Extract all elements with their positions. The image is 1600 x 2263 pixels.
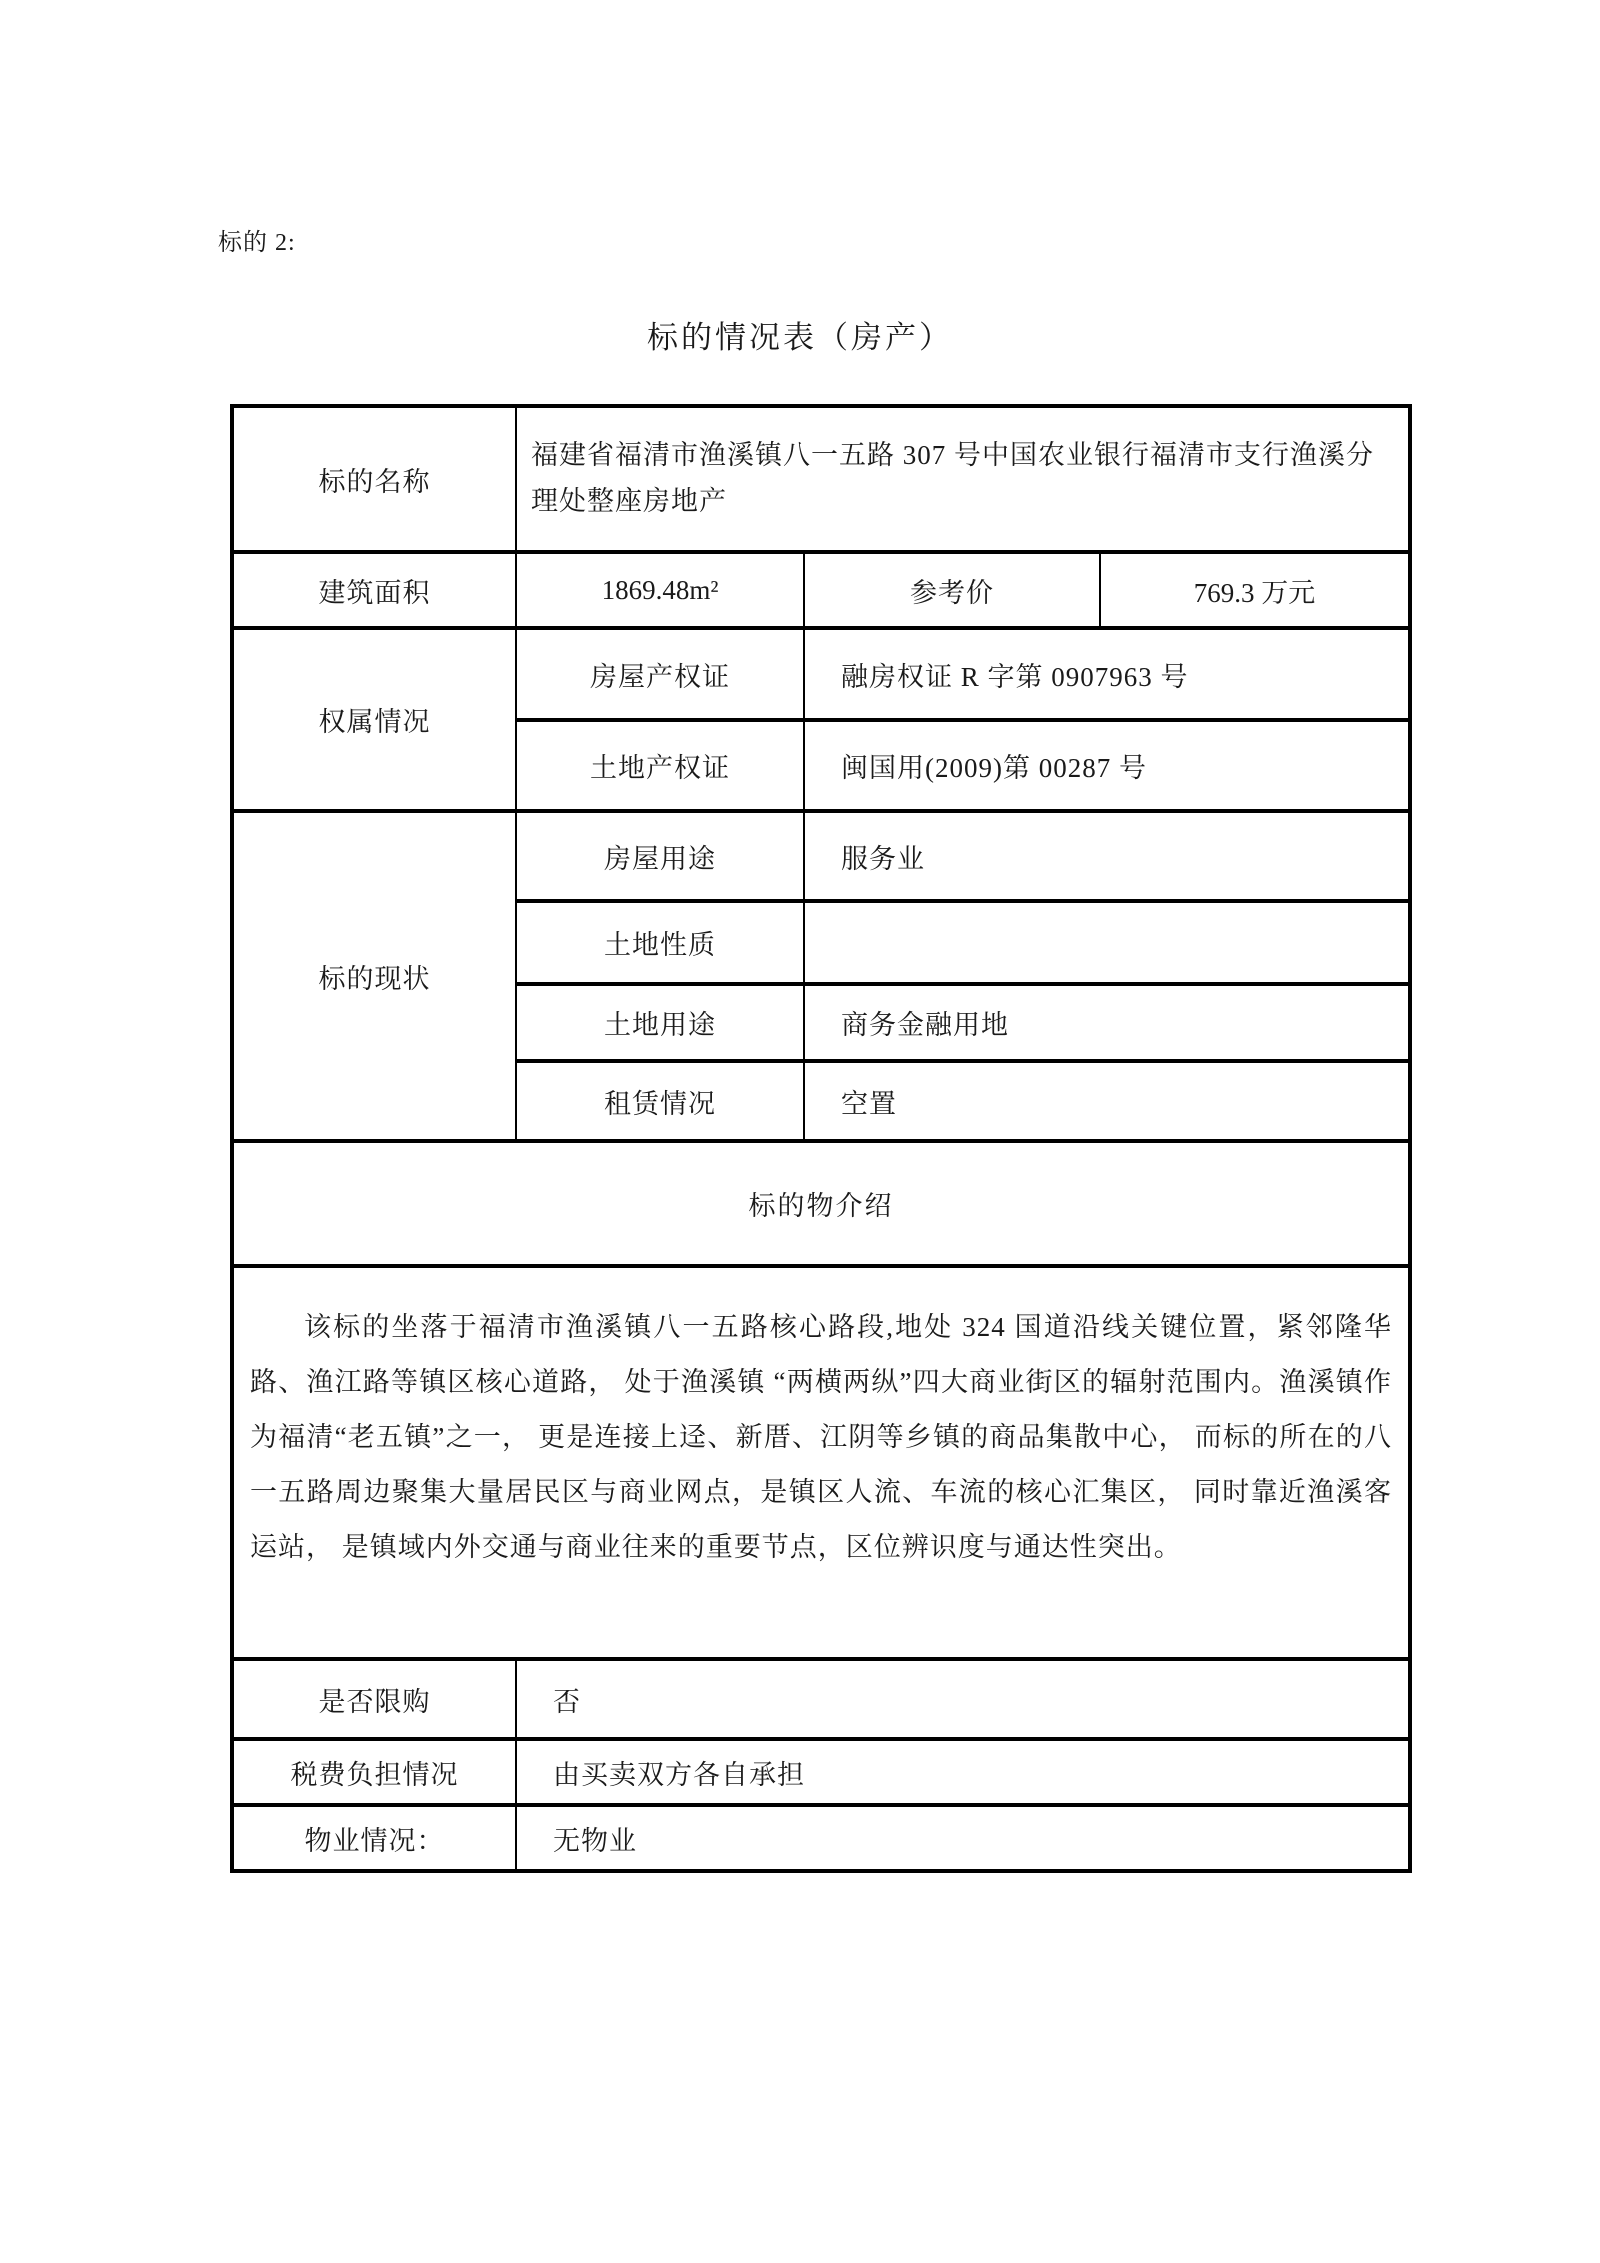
property-mgmt-value: 无物业 — [516, 1805, 1410, 1871]
land-nature-value — [804, 901, 1410, 984]
purchase-limit-value: 否 — [516, 1659, 1410, 1739]
status-label: 标的现状 — [232, 811, 516, 1141]
house-cert-value: 融房权证 R 字第 0907963 号 — [804, 628, 1410, 720]
table-row: 是否限购 否 — [232, 1659, 1410, 1739]
table-row: 权属情况 房屋产权证 融房权证 R 字第 0907963 号 — [232, 628, 1410, 720]
name-label: 标的名称 — [232, 406, 516, 552]
lease-label: 租赁情况 — [516, 1061, 804, 1141]
table-row: 税费负担情况 由买卖双方各自承担 — [232, 1739, 1410, 1805]
table-row: 物业情况： 无物业 — [232, 1805, 1410, 1871]
land-cert-label: 土地产权证 — [516, 720, 804, 811]
ref-price-label: 参考价 — [804, 552, 1100, 628]
page-title: 标的情况表（房产） — [0, 312, 1600, 357]
lot-label: 标的 2: — [218, 222, 296, 257]
house-cert-label: 房屋产权证 — [516, 628, 804, 720]
property-info-table: 标的名称 福建省福清市渔溪镇八一五路 307 号中国农业银行福清市支行渔溪分理处… — [230, 404, 1412, 1873]
land-nature-label: 土地性质 — [516, 901, 804, 984]
document-page: 标的 2: 标的情况表（房产） 标的名称 福建省福清市渔溪镇八一五路 307 号… — [0, 0, 1600, 2263]
area-value: 1869.48m² — [516, 552, 804, 628]
name-value: 福建省福清市渔溪镇八一五路 307 号中国农业银行福清市支行渔溪分理处整座房地产 — [516, 406, 1410, 552]
house-use-label: 房屋用途 — [516, 811, 804, 901]
ref-price-value: 769.3 万元 — [1100, 552, 1410, 628]
table-row: 该标的坐落于福清市渔溪镇八一五路核心路段,地处 324 国道沿线关键位置，紧邻隆… — [232, 1266, 1410, 1659]
intro-text: 该标的坐落于福清市渔溪镇八一五路核心路段,地处 324 国道沿线关键位置，紧邻隆… — [232, 1266, 1410, 1659]
lease-value: 空置 — [804, 1061, 1410, 1141]
purchase-limit-label: 是否限购 — [232, 1659, 516, 1739]
land-cert-value: 闽国用(2009)第 00287 号 — [804, 720, 1410, 811]
tax-value: 由买卖双方各自承担 — [516, 1739, 1410, 1805]
land-use-value: 商务金融用地 — [804, 984, 1410, 1061]
table-row: 标的名称 福建省福清市渔溪镇八一五路 307 号中国农业银行福清市支行渔溪分理处… — [232, 406, 1410, 552]
table-row: 标的现状 房屋用途 服务业 — [232, 811, 1410, 901]
intro-header: 标的物介绍 — [232, 1141, 1410, 1266]
table-row: 建筑面积 1869.48m² 参考价 769.3 万元 — [232, 552, 1410, 628]
property-mgmt-label: 物业情况： — [232, 1805, 516, 1871]
table-row: 标的物介绍 — [232, 1141, 1410, 1266]
house-use-value: 服务业 — [804, 811, 1410, 901]
area-label: 建筑面积 — [232, 552, 516, 628]
ownership-label: 权属情况 — [232, 628, 516, 811]
tax-label: 税费负担情况 — [232, 1739, 516, 1805]
land-use-label: 土地用途 — [516, 984, 804, 1061]
